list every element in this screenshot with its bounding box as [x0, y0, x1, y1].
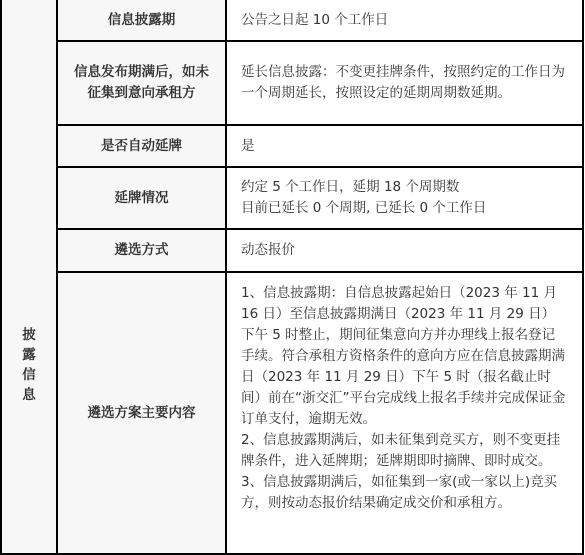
row-value: 1、信息披露期：自信息披露起始日（2023 年 11 月 16 日）至信息披露期…: [226, 272, 583, 518]
category-char: 露: [2, 345, 56, 365]
category-cell-disclosure-info: 披 露 信 息: [1, 0, 57, 518]
value-line: 公告之日起 10 个工作日: [241, 10, 568, 31]
row-label: 是否自动延牌: [57, 125, 226, 167]
table-row-selection-plan: 遴选方案主要内容 1、信息披露期：自信息披露起始日（2023 年 11 月 16…: [1, 272, 583, 518]
value-line: 2、信息披露期满后，如未征集到竞买方，则不变更挂牌条件，进入延牌期；延牌期即时摘…: [241, 430, 568, 472]
table-row-extension-status: 延牌情况 约定 5 个工作日，延期 18 个周期数 目前已延长 0 个周期, 已…: [1, 167, 583, 229]
table-row-expiry-no-bidder: 信息发布期满后，如未征集到意向承租方 延长信息披露：不变更挂牌条件，按照约定的工…: [1, 41, 583, 125]
row-label: 延牌情况: [57, 167, 226, 229]
disclosure-info-table: 披 露 信 息 信息披露期 公告之日起 10 个工作日 信息发布期满后，如未征集…: [0, 0, 584, 518]
value-line: 3、信息披露期满后，如征集到一家(或一家以上)竞买方，则按动态报价结果确定成交价…: [241, 472, 568, 514]
table-row-selection-method: 遴选方式 动态报价: [1, 229, 583, 272]
row-label: 信息发布期满后，如未征集到意向承租方: [57, 41, 226, 125]
value-line: 延长信息披露：不变更挂牌条件，按照约定的工作日为一个周期延长，按照设定的延期周期…: [241, 62, 568, 104]
table-row-disclosure-period: 披 露 信 息 信息披露期 公告之日起 10 个工作日: [1, 0, 583, 41]
category-char: 披: [2, 325, 56, 345]
value-line: 目前已延长 0 个周期, 已延长 0 个工作日: [241, 198, 568, 219]
value-line: 动态报价: [241, 240, 568, 261]
row-label: 遴选方案主要内容: [57, 272, 226, 518]
category-char: 信: [2, 365, 56, 385]
row-label: 遴选方式: [57, 229, 226, 272]
category-label: 披 露 信 息: [2, 149, 56, 405]
value-line: 约定 5 个工作日，延期 18 个周期数: [241, 177, 568, 198]
row-value: 延长信息披露：不变更挂牌条件，按照约定的工作日为一个周期延长，按照设定的延期周期…: [226, 41, 583, 125]
value-line: 1、信息披露期：自信息披露起始日（2023 年 11 月 16 日）至信息披露期…: [241, 283, 568, 430]
value-line: 是: [241, 136, 568, 157]
category-char: 息: [2, 385, 56, 405]
row-value: 约定 5 个工作日，延期 18 个周期数 目前已延长 0 个周期, 已延长 0 …: [226, 167, 583, 229]
row-value: 是: [226, 125, 583, 167]
row-value: 公告之日起 10 个工作日: [226, 0, 583, 41]
row-label: 信息披露期: [57, 0, 226, 41]
table-row-auto-extend: 是否自动延牌 是: [1, 125, 583, 167]
row-value: 动态报价: [226, 229, 583, 272]
